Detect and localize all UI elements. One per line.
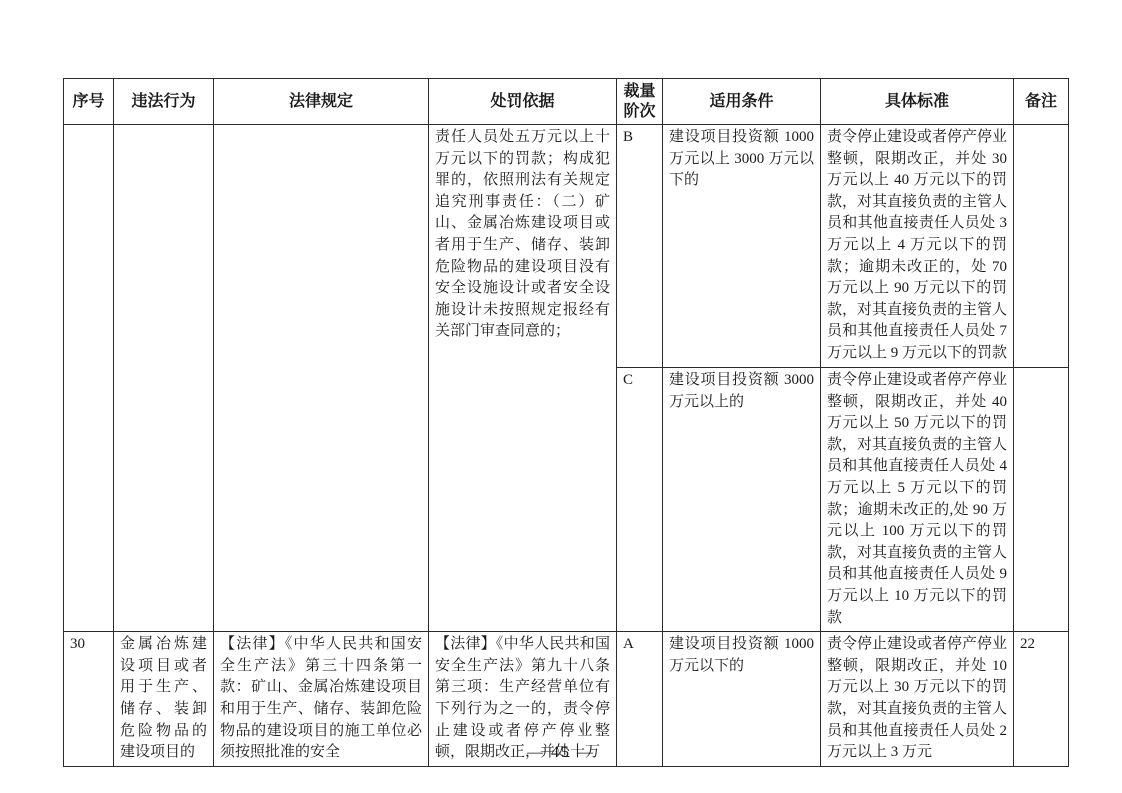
- table-row-level-b: 责任人员处五万元以上十万元以下的罚款；构成犯罪的，依照刑法有关规定追究刑事责任：…: [64, 125, 1069, 368]
- cell-serial-number-continued: [64, 125, 114, 632]
- cell-penalty-basis-continued: 责任人员处五万元以上十万元以下的罚款；构成犯罪的，依照刑法有关规定追究刑事责任：…: [429, 125, 617, 632]
- header-illegal-act: 违法行为: [114, 79, 214, 125]
- page-number: — 45 —: [0, 744, 1122, 762]
- cell-condition-c: 建设项目投资额 3000 万元以上的: [663, 368, 821, 632]
- penalty-standards-table: 序号 违法行为 法律规定 处罚依据 裁量阶次 适用条件 具体标准 备注 责任人员…: [63, 78, 1069, 767]
- cell-condition-b: 建设项目投资额 1000 万元以上 3000 万元以下的: [663, 125, 821, 368]
- header-discretion-level: 裁量阶次: [617, 79, 663, 125]
- cell-standard-c: 责令停止建设或者停产停业整顿，限期改正，并处 40 万元以上 50 万元以下的罚…: [821, 368, 1014, 632]
- document-page: 序号 违法行为 法律规定 处罚依据 裁量阶次 适用条件 具体标准 备注 责任人员…: [0, 0, 1122, 793]
- table-header-row: 序号 违法行为 法律规定 处罚依据 裁量阶次 适用条件 具体标准 备注: [64, 79, 1069, 125]
- cell-legal-provision-continued: [214, 125, 429, 632]
- header-serial-number: 序号: [64, 79, 114, 125]
- cell-remark-c: [1014, 368, 1069, 632]
- header-legal-provision: 法律规定: [214, 79, 429, 125]
- cell-discretion-level-c: C: [617, 368, 663, 632]
- header-remark: 备注: [1014, 79, 1069, 125]
- header-applicable-condition: 适用条件: [663, 79, 821, 125]
- cell-discretion-level-b: B: [617, 125, 663, 368]
- header-specific-standard: 具体标准: [821, 79, 1014, 125]
- cell-illegal-act-continued: [114, 125, 214, 632]
- cell-remark-b: [1014, 125, 1069, 368]
- cell-standard-b: 责令停止建设或者停产停业整顿，限期改正，并处 30 万元以上 40 万元以下的罚…: [821, 125, 1014, 368]
- header-penalty-basis: 处罚依据: [429, 79, 617, 125]
